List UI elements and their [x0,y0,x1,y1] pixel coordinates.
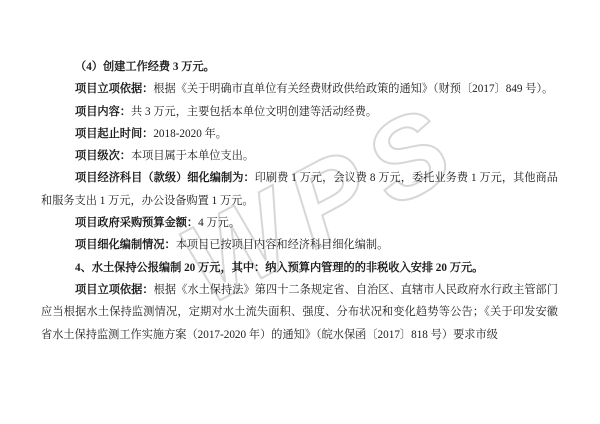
paragraph-heading-shuitu: 4、水土保持公报编制 20 万元，其中：纳入预算内管理的的非税收入安排 20 万… [41,257,558,279]
document-body: （4）创建工作经费 3 万元。 项目立项依据：根据《关于明确市直单位有关经费财政… [41,56,558,346]
paragraph-lixiang-yiju-1: 项目立项依据：根据《关于明确市直单位有关经费财政供给政策的通知》（财预〔2017… [41,78,558,100]
paragraph-text: 2018-2020 年。 [153,128,227,140]
paragraph-text: 4 万元。 [198,217,240,229]
paragraph-qizhi-shijian: 项目起止时间：2018-2020 年。 [41,123,558,145]
paragraph-label: 项目级次： [75,150,131,162]
paragraph-label: 项目起止时间： [75,128,153,140]
paragraph-label: 项目经济科目（款级）细化编制为： [75,172,255,184]
paragraph-neirong: 项目内容：共 3 万元，主要包括本单位文明创建等活动经费。 [41,101,558,123]
paragraph-text: 共 3 万元，主要包括本单位文明创建等活动经费。 [131,106,377,118]
paragraph-label: 项目内容： [75,106,131,118]
paragraph-jici: 项目级次：本项目属于本单位支出。 [41,145,558,167]
paragraph-label: 4、水土保持公报编制 20 万元，其中：纳入预算内管理的的非税收入安排 20 万… [75,262,483,274]
paragraph-text: 根据《关于明确市直单位有关经费财政供给政策的通知》（财预〔2017〕849 号）… [153,83,553,95]
paragraph-label: （4）创建工作经费 3 万元。 [75,61,215,73]
paragraph-label: 项目政府采购预算金额： [75,217,198,229]
paragraph-caigou-yusuan: 项目政府采购预算金额：4 万元。 [41,212,558,234]
paragraph-text: 本项目属于本单位支出。 [131,150,254,162]
paragraph-heading-4: （4）创建工作经费 3 万元。 [41,56,558,78]
document-page: WPS （4）创建工作经费 3 万元。 项目立项依据：根据《关于明确市直单位有关… [0,0,600,424]
paragraph-label: 项目细化编制情况： [75,239,176,251]
paragraph-jingji-kemu: 项目经济科目（款级）细化编制为：印刷费 1 万元，会议费 8 万元，委托业务费 … [41,167,558,212]
paragraph-text: 本项目已按项目内容和经济科目细化编制。 [176,239,389,251]
paragraph-label: 项目立项依据： [75,83,153,95]
paragraph-lixiang-yiju-2: 项目立项依据：根据《水土保持法》第四十二条规定省、自治区、直辖市人民政府水行政主… [41,279,558,346]
paragraph-label: 项目立项依据： [75,284,154,296]
paragraph-xihua-bianzhi: 项目细化编制情况：本项目已按项目内容和经济科目细化编制。 [41,234,558,256]
